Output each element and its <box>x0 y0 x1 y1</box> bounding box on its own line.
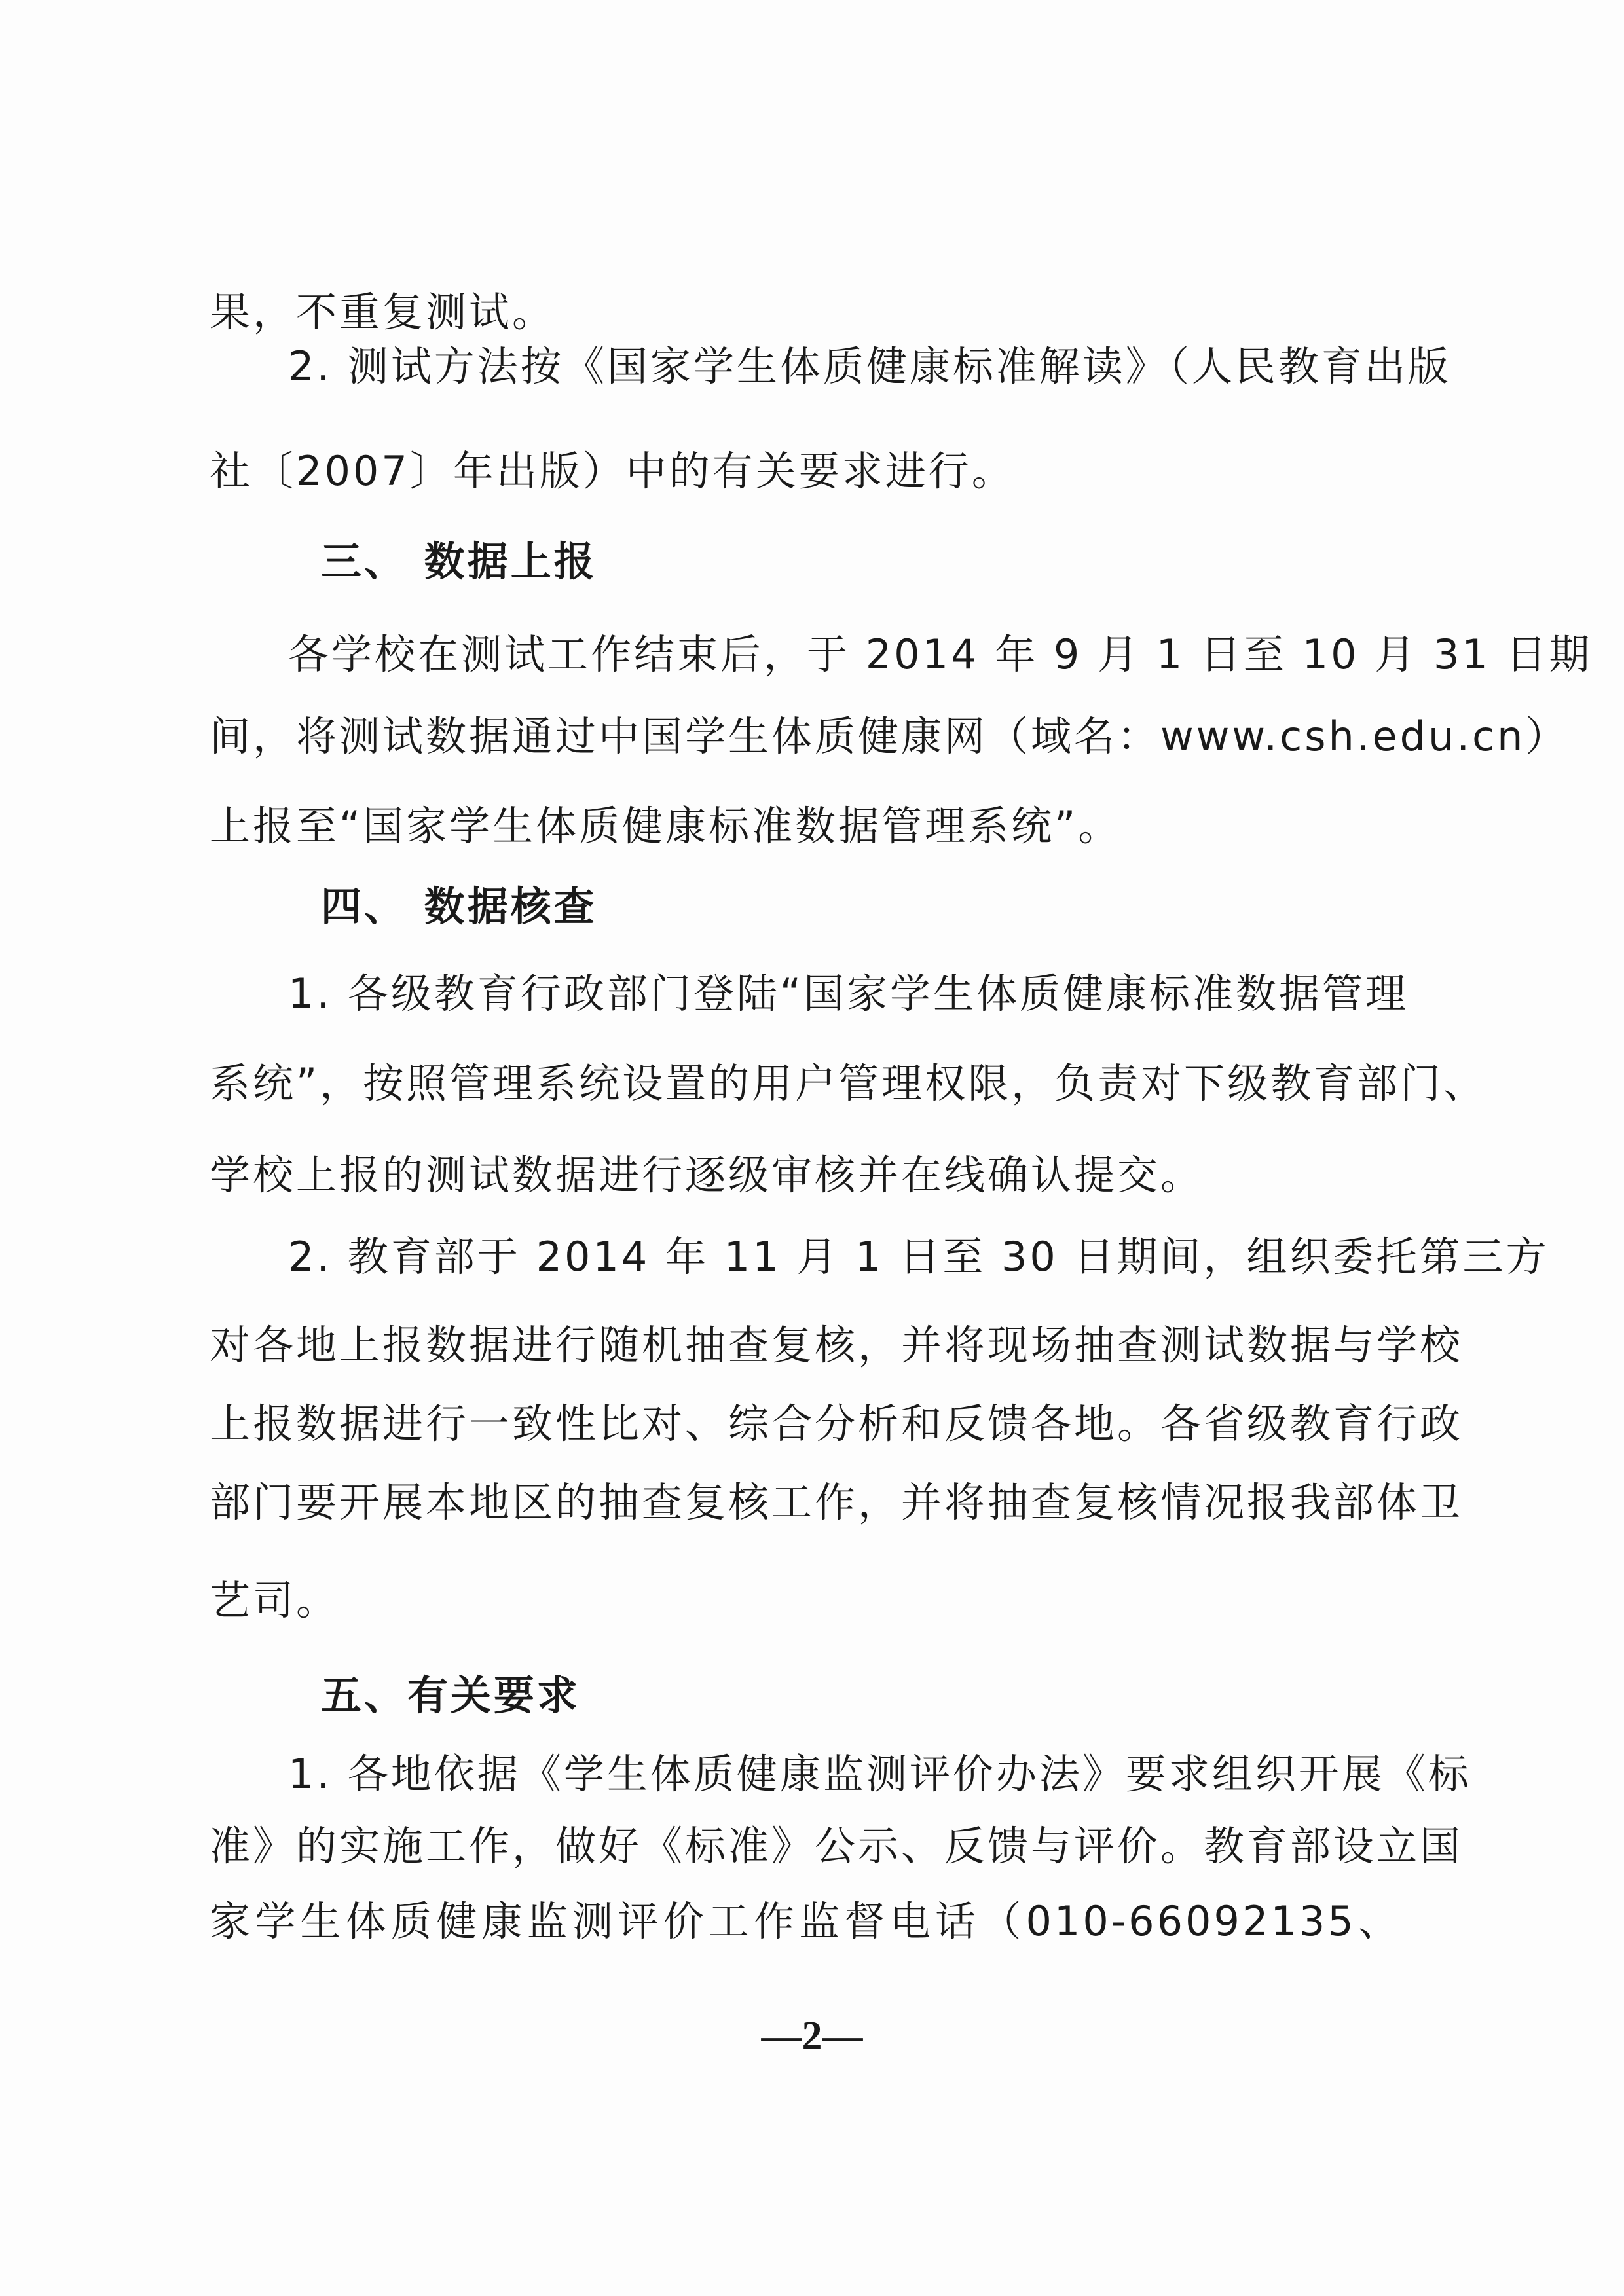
section-heading-5: 五、有关要求 <box>321 1669 1513 1722</box>
text-line-9: 1. 各级教育行政部门登陆“国家学生体质健康标准数据管理 <box>288 968 1401 1020</box>
page-number: —2— <box>0 2013 1624 2060</box>
text-line-3: 社〔2007〕年出版）中的有关要求进行。 <box>210 445 1401 498</box>
document-page: 果，不重复测试。 2. 测试方法按《国家学生体质健康标准解读》（人民教育出版 社… <box>0 0 1624 2296</box>
text-line-2: 2. 测试方法按《国家学生体质健康标准解读》（人民教育出版 <box>288 340 1401 393</box>
text-line-6: 间，将测试数据通过中国学生体质健康网（域名：www.csh.edu.cn） <box>210 710 1401 763</box>
text-line-13: 对各地上报数据进行随机抽查复核，并将现场抽查测试数据与学校 <box>210 1319 1401 1372</box>
text-line-12: 2. 教育部于 2014 年 11 月 1 日至 30 日期间，组织委托第三方 <box>288 1231 1401 1283</box>
text-line-19: 准》的实施工作，做好《标准》公示、反馈与评价。教育部设立国 <box>210 1820 1401 1872</box>
text-line-14: 上报数据进行一致性比对、综合分析和反馈各地。各省级教育行政 <box>210 1398 1401 1450</box>
text-line-1: 果，不重复测试。 <box>210 286 1401 338</box>
text-line-16: 艺司。 <box>210 1575 1401 1627</box>
text-line-10: 系统”，按照管理系统设置的用户管理权限，负责对下级教育部门、 <box>210 1057 1401 1110</box>
text-line-20: 家学生体质健康监测评价工作监督电话（010-66092135、 <box>210 1895 1401 1948</box>
text-line-15: 部门要开展本地区的抽查复核工作，并将抽查复核情况报我部体卫 <box>210 1476 1401 1529</box>
section-heading-4: 四、 数据核查 <box>321 881 1513 933</box>
text-line-5: 各学校在测试工作结束后，于 2014 年 9 月 1 日至 10 月 31 日期 <box>288 629 1401 681</box>
text-line-7: 上报至“国家学生体质健康标准数据管理系统”。 <box>210 800 1401 852</box>
text-line-11: 学校上报的测试数据进行逐级审核并在线确认提交。 <box>210 1149 1401 1201</box>
section-heading-3: 三、 数据上报 <box>321 536 1513 588</box>
text-line-18: 1. 各地依据《学生体质健康监测评价办法》要求组织开展《标 <box>288 1748 1401 1800</box>
